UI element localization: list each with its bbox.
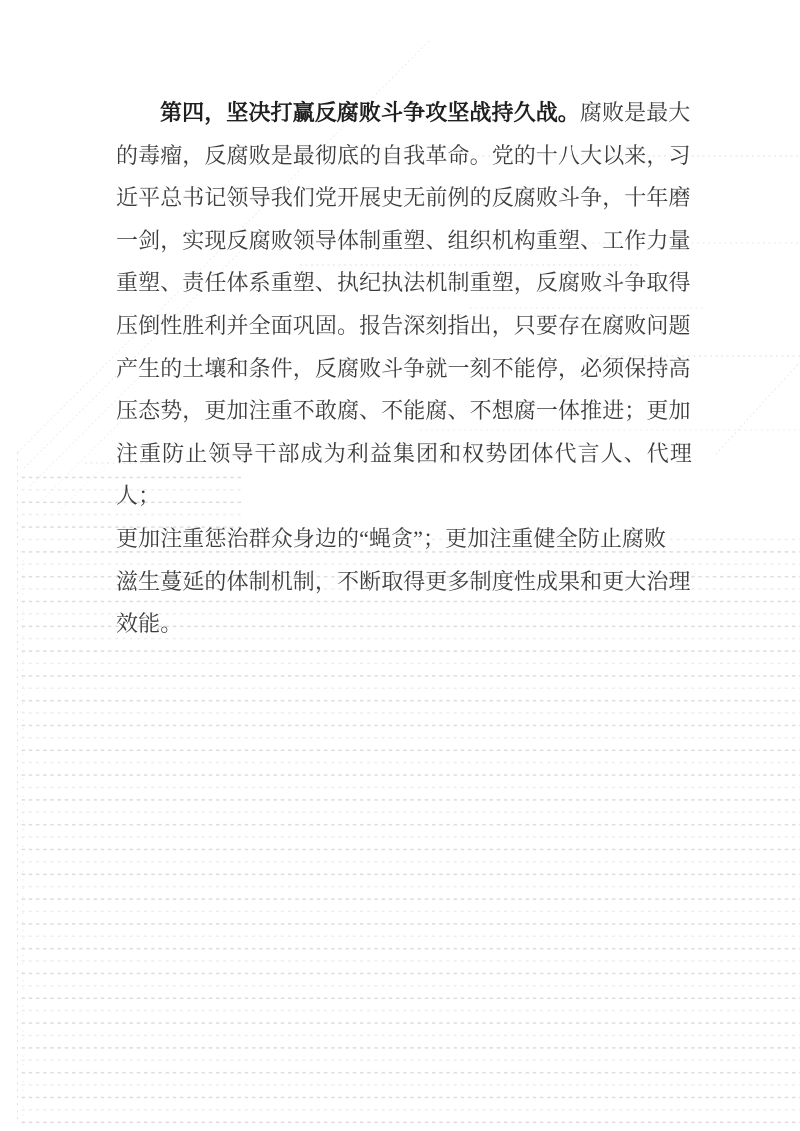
- left-edge-ticks: [18, 452, 24, 1124]
- scanned-document-page: 第四，坚决打赢反腐败斗争攻坚战持久战。腐败是最大 的毒瘤，反腐败是最彻底的自我革…: [0, 0, 800, 1131]
- lead-sentence: 第四，坚决打赢反腐败斗争攻坚战持久战。: [160, 100, 580, 125]
- document-text: 第四，坚决打赢反腐败斗争攻坚战持久战。腐败是最大 的毒瘤，反腐败是最彻底的自我革…: [116, 92, 692, 646]
- diagonal-streak-right: [716, 362, 800, 454]
- paragraph-first-line: 第四，坚决打赢反腐败斗争攻坚战持久战。腐败是最大: [116, 92, 692, 135]
- paragraph-body-lines: 的毒瘤，反腐败是最彻底的自我革命。党的十八大以来，习 近平总书记领导我们党开展史…: [116, 135, 692, 646]
- first-line-rest: 腐败是最大: [580, 100, 691, 125]
